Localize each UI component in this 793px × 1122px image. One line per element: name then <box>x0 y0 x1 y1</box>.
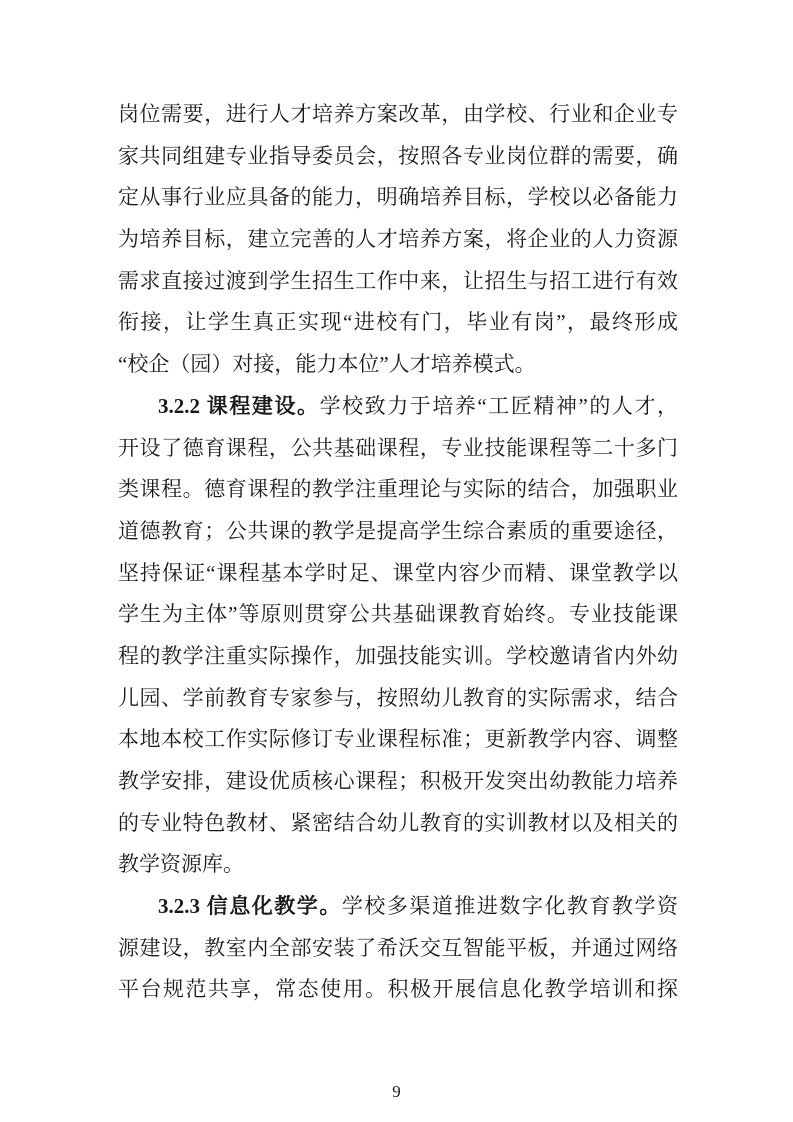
document-body: 岗位需要，进行人才培养方案改革，由学校、行业和企业专家共同组建专业指导委员会，按… <box>118 94 678 1011</box>
section-heading: 3.2.2 课程建设。 <box>158 394 320 418</box>
paragraph: 3.2.2 课程建设。学校致力于培养“工匠精神”的人才，开设了德育课程，公共基础… <box>118 386 678 886</box>
text-segment: 类课程。德育课程的教学注重理论与实际的结合，加强职业 <box>118 477 678 501</box>
text-segment: 教学资源库。 <box>118 852 244 876</box>
text-segment: 岗位需要，进行人才培养方案改革，由学校、行业和企业专 <box>118 102 678 126</box>
text-segment: 学生为主体”等原则贯穿公共基础课教育始终。专业技能课 <box>118 602 678 626</box>
text-segment: 源建设，教室内全部安装了希沃交互智能平板，并通过网络 <box>118 936 678 960</box>
text-line: 平台规范共享，常态使用。积极开展信息化教学培训和探索， <box>118 969 678 1011</box>
text-line: 类课程。德育课程的教学注重理论与实际的结合，加强职业 <box>118 469 678 511</box>
text-segment: “校企（园）对接，能力本位”人才培养模式。 <box>118 352 536 376</box>
text-segment: 坚持保证“课程基本学时足、课堂内容少而精、课堂教学以 <box>118 561 678 585</box>
text-segment: 本地本校工作实际修订专业课程标准；更新教学内容、调整 <box>118 727 678 751</box>
text-segment: 儿园、学前教育专家参与，按照幼儿教育的实际需求，结合 <box>118 686 678 710</box>
text-line: 衔接，让学生真正实现“进校有门，毕业有岗”，最终形成 <box>118 302 678 344</box>
text-segment: 道德教育；公共课的教学是提高学生综合素质的重要途径， <box>118 519 678 543</box>
text-segment: 教学安排，建设优质核心课程；积极开发突出幼教能力培养 <box>118 769 678 793</box>
text-line: 家共同组建专业指导委员会，按照各专业岗位群的需要，确 <box>118 136 678 178</box>
paragraph: 3.2.3 信息化教学。学校多渠道推进数字化教育教学资源建设，教室内全部安装了希… <box>118 886 678 1011</box>
text-line: 教学安排，建设优质核心课程；积极开发突出幼教能力培养 <box>118 761 678 803</box>
text-segment: 开设了德育课程，公共基础课程，专业技能课程等二十多门 <box>118 436 678 460</box>
text-line: 坚持保证“课程基本学时足、课堂内容少而精、课堂教学以 <box>118 553 678 595</box>
text-segment: 程的教学注重实际操作，加强技能实训。学校邀请省内外幼 <box>118 644 678 668</box>
text-line: 道德教育；公共课的教学是提高学生综合素质的重要途径， <box>118 511 678 553</box>
text-line: 3.2.3 信息化教学。学校多渠道推进数字化教育教学资 <box>118 886 678 928</box>
text-segment: 学校多渠道推进数字化教育教学资 <box>342 894 678 918</box>
text-line: 需求直接过渡到学生招生工作中来，让招生与招工进行有效 <box>118 261 678 303</box>
text-line: 为培养目标，建立完善的人才培养方案，将企业的人力资源 <box>118 219 678 261</box>
text-segment: 的专业特色教材、紧密结合幼儿教育的实训教材以及相关的 <box>118 811 678 835</box>
text-segment: 学校致力于培养“工匠精神”的人才， <box>320 394 678 418</box>
text-segment: 衔接，让学生真正实现“进校有门，毕业有岗”，最终形成 <box>118 310 678 334</box>
text-line: 教学资源库。 <box>118 844 678 886</box>
text-segment: 平台规范共享，常态使用。积极开展信息化教学培训和探索， <box>118 977 678 1011</box>
text-line: 程的教学注重实际操作，加强技能实训。学校邀请省内外幼 <box>118 636 678 678</box>
text-line: 3.2.2 课程建设。学校致力于培养“工匠精神”的人才， <box>118 386 678 428</box>
text-line: “校企（园）对接，能力本位”人才培养模式。 <box>118 344 678 386</box>
text-line: 岗位需要，进行人才培养方案改革，由学校、行业和企业专 <box>118 94 678 136</box>
text-line: 定从事行业应具备的能力，明确培养目标，学校以必备能力 <box>118 177 678 219</box>
text-line: 儿园、学前教育专家参与，按照幼儿教育的实际需求，结合 <box>118 678 678 720</box>
text-line: 的专业特色教材、紧密结合幼儿教育的实训教材以及相关的 <box>118 803 678 845</box>
document-page: 岗位需要，进行人才培养方案改革，由学校、行业和企业专家共同组建专业指导委员会，按… <box>0 0 793 1122</box>
text-segment: 需求直接过渡到学生招生工作中来，让招生与招工进行有效 <box>118 269 678 293</box>
text-line: 学生为主体”等原则贯穿公共基础课教育始终。专业技能课 <box>118 594 678 636</box>
text-line: 源建设，教室内全部安装了希沃交互智能平板，并通过网络 <box>118 928 678 970</box>
text-line: 本地本校工作实际修订专业课程标准；更新教学内容、调整 <box>118 719 678 761</box>
page-number: 9 <box>0 1080 793 1104</box>
text-line: 开设了德育课程，公共基础课程，专业技能课程等二十多门 <box>118 428 678 470</box>
text-segment: 定从事行业应具备的能力，明确培养目标，学校以必备能力 <box>118 185 678 209</box>
paragraph: 岗位需要，进行人才培养方案改革，由学校、行业和企业专家共同组建专业指导委员会，按… <box>118 94 678 386</box>
text-segment: 家共同组建专业指导委员会，按照各专业岗位群的需要，确 <box>118 144 678 168</box>
section-heading: 3.2.3 信息化教学。 <box>158 894 342 918</box>
text-segment: 为培养目标，建立完善的人才培养方案，将企业的人力资源 <box>118 227 678 251</box>
